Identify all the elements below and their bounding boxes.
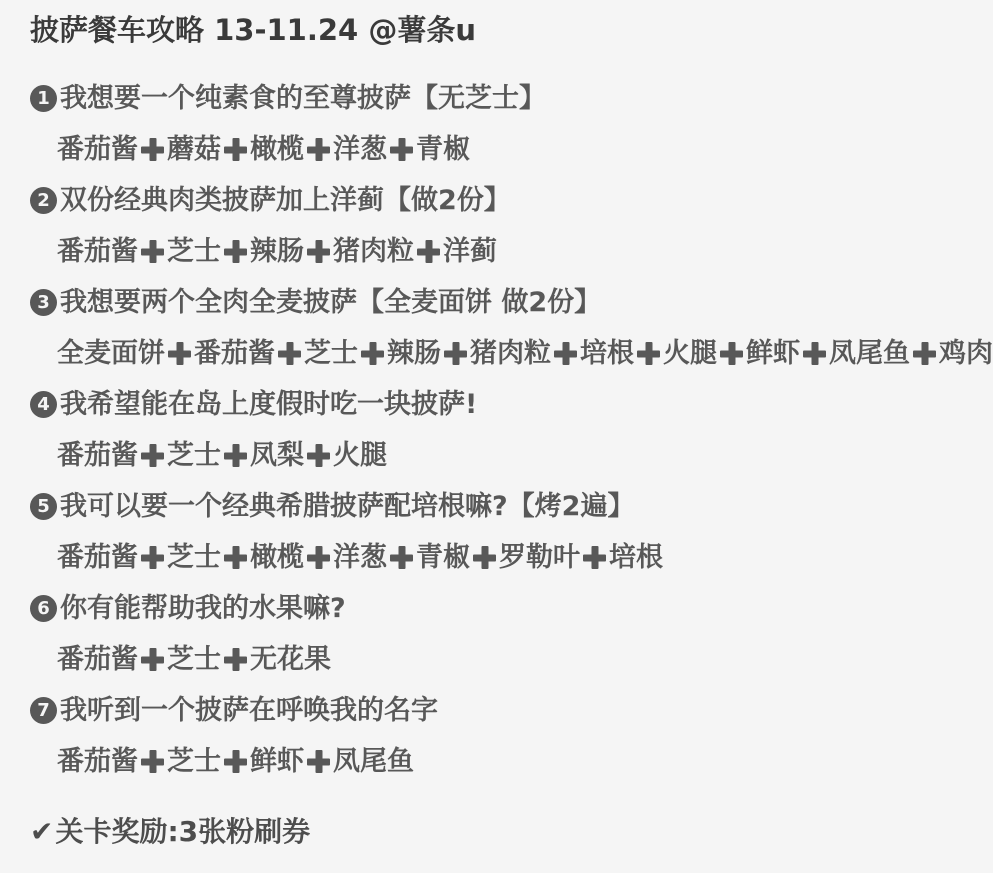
page-title: 披萨餐车攻略 13-11.24 @薯条u	[30, 16, 987, 45]
recipe-request-text: 我希望能在岛上度假时吃一块披萨!	[60, 391, 477, 418]
ingredient-label: 全麦面饼	[57, 340, 165, 367]
item-number-badge: 5	[30, 493, 57, 520]
ingredient-label: 无花果	[250, 646, 331, 673]
heavy-plus-icon	[141, 444, 164, 467]
ingredient-label: 青椒	[416, 136, 470, 163]
item-number-badge: 2	[30, 187, 57, 214]
heavy-plus-icon	[720, 342, 743, 365]
recipe-request-text: 我想要一个纯素食的至尊披萨【无芝士】	[60, 85, 546, 112]
reward-footer: ✔ 关卡奖励:3张粉刷券	[30, 818, 987, 846]
recipe-ingredients: 番茄酱芝士凤梨火腿	[57, 442, 987, 469]
heavy-plus-icon	[224, 240, 247, 263]
ingredient-label: 芝士	[304, 340, 358, 367]
recipe-ingredients: 番茄酱芝士无花果	[57, 646, 987, 673]
recipe-item: 5我可以要一个经典希腊披萨配培根嘛?【烤2遍】番茄酱芝士橄榄洋葱青椒罗勒叶培根	[30, 493, 987, 571]
ingredient-label: 鸡肉	[939, 340, 993, 367]
ingredient-label: 芝士	[167, 442, 221, 469]
recipe-ingredients: 番茄酱芝士辣肠猪肉粒洋蓟	[57, 238, 987, 265]
heavy-plus-icon	[417, 240, 440, 263]
ingredient-label: 辣肠	[387, 340, 441, 367]
item-number-badge: 6	[30, 595, 57, 622]
ingredient-label: 蘑菇	[167, 136, 221, 163]
heavy-plus-icon	[141, 750, 164, 773]
recipe-request-text: 我可以要一个经典希腊披萨配培根嘛?【烤2遍】	[60, 493, 634, 520]
recipe-request: 7我听到一个披萨在呼唤我的名字	[30, 697, 987, 724]
recipe-request: 1我想要一个纯素食的至尊披萨【无芝士】	[30, 85, 987, 112]
heavy-plus-icon	[390, 546, 413, 569]
heavy-plus-icon	[224, 546, 247, 569]
recipe-ingredients: 全麦面饼番茄酱芝士辣肠猪肉粒培根火腿鲜虾凤尾鱼鸡肉	[57, 340, 987, 367]
item-number-badge: 4	[30, 391, 57, 418]
heavy-plus-icon	[141, 138, 164, 161]
recipe-ingredients: 番茄酱蘑菇橄榄洋葱青椒	[57, 136, 987, 163]
recipe-request-text: 我想要两个全肉全麦披萨【全麦面饼 做2份】	[60, 289, 601, 316]
heavy-plus-icon	[224, 138, 247, 161]
ingredient-label: 培根	[580, 340, 634, 367]
heavy-plus-icon	[390, 138, 413, 161]
heavy-plus-icon	[307, 138, 330, 161]
ingredient-label: 辣肠	[250, 238, 304, 265]
ingredient-label: 芝士	[167, 544, 221, 571]
recipe-request: 2双份经典肉类披萨加上洋蓟【做2份】	[30, 187, 987, 214]
recipe-request: 6你有能帮助我的水果嘛?	[30, 595, 987, 622]
heavy-plus-icon	[307, 750, 330, 773]
heavy-plus-icon	[141, 546, 164, 569]
ingredient-label: 凤尾鱼	[333, 748, 414, 775]
recipe-item: 4我希望能在岛上度假时吃一块披萨!番茄酱芝士凤梨火腿	[30, 391, 987, 469]
recipe-request-text: 你有能帮助我的水果嘛?	[60, 595, 346, 622]
ingredient-label: 芝士	[167, 748, 221, 775]
recipe-item: 1我想要一个纯素食的至尊披萨【无芝士】番茄酱蘑菇橄榄洋葱青椒	[30, 85, 987, 163]
ingredient-label: 洋葱	[333, 136, 387, 163]
ingredient-label: 凤梨	[250, 442, 304, 469]
ingredient-label: 猪肉粒	[333, 238, 414, 265]
heavy-plus-icon	[307, 240, 330, 263]
heavy-plus-icon	[224, 648, 247, 671]
heavy-plus-icon	[444, 342, 467, 365]
ingredient-label: 番茄酱	[57, 748, 138, 775]
ingredient-label: 洋葱	[333, 544, 387, 571]
ingredient-label: 罗勒叶	[499, 544, 580, 571]
heavy-plus-icon	[278, 342, 301, 365]
heavy-plus-icon	[168, 342, 191, 365]
ingredient-label: 番茄酱	[57, 136, 138, 163]
recipe-request-text: 我听到一个披萨在呼唤我的名字	[60, 697, 438, 724]
heavy-plus-icon	[473, 546, 496, 569]
ingredient-label: 培根	[609, 544, 663, 571]
recipe-request: 5我可以要一个经典希腊披萨配培根嘛?【烤2遍】	[30, 493, 987, 520]
note-page: 披萨餐车攻略 13-11.24 @薯条u 1我想要一个纯素食的至尊披萨【无芝士】…	[0, 0, 993, 873]
checkmark-icon: ✔	[30, 818, 53, 846]
item-number-badge: 3	[30, 289, 57, 316]
ingredient-label: 凤尾鱼	[829, 340, 910, 367]
ingredient-label: 青椒	[416, 544, 470, 571]
heavy-plus-icon	[307, 546, 330, 569]
ingredient-label: 猪肉粒	[470, 340, 551, 367]
heavy-plus-icon	[141, 240, 164, 263]
recipe-list: 1我想要一个纯素食的至尊披萨【无芝士】番茄酱蘑菇橄榄洋葱青椒2双份经典肉类披萨加…	[30, 85, 987, 775]
ingredient-label: 番茄酱	[57, 442, 138, 469]
item-number-badge: 7	[30, 697, 57, 724]
ingredient-label: 番茄酱	[57, 544, 138, 571]
recipe-request-text: 双份经典肉类披萨加上洋蓟【做2份】	[60, 187, 511, 214]
ingredient-label: 番茄酱	[57, 646, 138, 673]
recipe-ingredients: 番茄酱芝士鲜虾凤尾鱼	[57, 748, 987, 775]
heavy-plus-icon	[637, 342, 660, 365]
heavy-plus-icon	[224, 444, 247, 467]
recipe-request: 4我希望能在岛上度假时吃一块披萨!	[30, 391, 987, 418]
ingredient-label: 番茄酱	[57, 238, 138, 265]
ingredient-label: 火腿	[333, 442, 387, 469]
heavy-plus-icon	[141, 648, 164, 671]
ingredient-label: 橄榄	[250, 136, 304, 163]
recipe-request: 3我想要两个全肉全麦披萨【全麦面饼 做2份】	[30, 289, 987, 316]
recipe-item: 2双份经典肉类披萨加上洋蓟【做2份】番茄酱芝士辣肠猪肉粒洋蓟	[30, 187, 987, 265]
heavy-plus-icon	[554, 342, 577, 365]
reward-text: 关卡奖励:3张粉刷券	[55, 818, 310, 846]
heavy-plus-icon	[307, 444, 330, 467]
recipe-item: 3我想要两个全肉全麦披萨【全麦面饼 做2份】全麦面饼番茄酱芝士辣肠猪肉粒培根火腿…	[30, 289, 987, 367]
ingredient-label: 鲜虾	[746, 340, 800, 367]
ingredient-label: 芝士	[167, 238, 221, 265]
ingredient-label: 芝士	[167, 646, 221, 673]
recipe-item: 6你有能帮助我的水果嘛?番茄酱芝士无花果	[30, 595, 987, 673]
item-number-badge: 1	[30, 85, 57, 112]
recipe-item: 7我听到一个披萨在呼唤我的名字番茄酱芝士鲜虾凤尾鱼	[30, 697, 987, 775]
ingredient-label: 橄榄	[250, 544, 304, 571]
recipe-ingredients: 番茄酱芝士橄榄洋葱青椒罗勒叶培根	[57, 544, 987, 571]
heavy-plus-icon	[224, 750, 247, 773]
heavy-plus-icon	[803, 342, 826, 365]
ingredient-label: 鲜虾	[250, 748, 304, 775]
heavy-plus-icon	[361, 342, 384, 365]
ingredient-label: 火腿	[663, 340, 717, 367]
ingredient-label: 洋蓟	[443, 238, 497, 265]
heavy-plus-icon	[583, 546, 606, 569]
heavy-plus-icon	[913, 342, 936, 365]
ingredient-label: 番茄酱	[194, 340, 275, 367]
